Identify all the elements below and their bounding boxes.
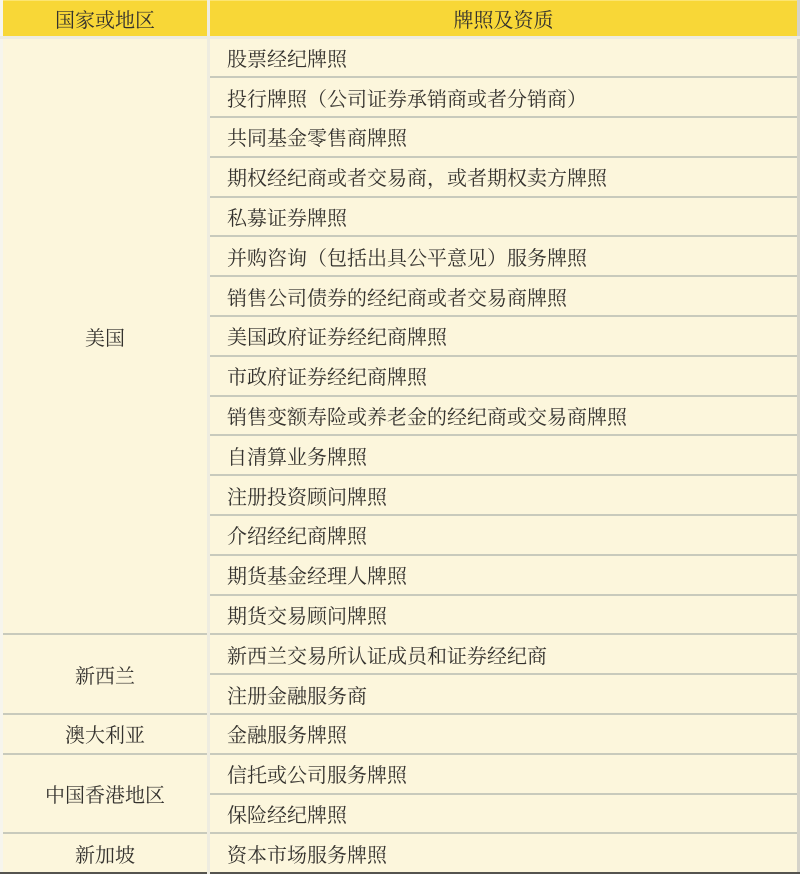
license-cell: 新西兰交易所认证成员和证券经纪商	[209, 634, 799, 674]
license-cell: 股票经纪牌照	[209, 38, 799, 78]
license-cell: 注册金融服务商	[209, 674, 799, 714]
region-cell: 新加坡	[2, 833, 209, 873]
license-cell: 保险经纪牌照	[209, 794, 799, 834]
header-cell-region: 国家或地区	[2, 1, 209, 38]
page: 国家或地区 牌照及资质 美国股票经纪牌照投行牌照（公司证券承销商或者分销商）共同…	[0, 0, 800, 874]
header-cell-licenses: 牌照及资质	[209, 1, 799, 38]
license-cell: 介绍经纪商牌照	[209, 515, 799, 555]
region-cell: 美国	[2, 38, 209, 635]
license-cell: 并购咨询（包括出具公平意见）服务牌照	[209, 236, 799, 276]
table-body: 美国股票经纪牌照投行牌照（公司证券承销商或者分销商）共同基金零售商牌照期权经纪商…	[2, 38, 799, 874]
license-cell: 期权经纪商或者交易商，或者期权卖方牌照	[209, 157, 799, 197]
license-cell: 销售公司债券的经纪商或者交易商牌照	[209, 276, 799, 316]
table-row: 美国股票经纪牌照	[2, 38, 799, 78]
region-cell: 澳大利亚	[2, 714, 209, 754]
license-cell: 投行牌照（公司证券承销商或者分销商）	[209, 77, 799, 117]
table-row: 澳大利亚金融服务牌照	[2, 714, 799, 754]
license-cell: 美国政府证券经纪商牌照	[209, 316, 799, 356]
licenses-table: 国家或地区 牌照及资质 美国股票经纪牌照投行牌照（公司证券承销商或者分销商）共同…	[0, 0, 800, 874]
license-cell: 自清算业务牌照	[209, 435, 799, 475]
license-cell: 资本市场服务牌照	[209, 833, 799, 873]
region-cell: 新西兰	[2, 634, 209, 714]
table-row: 新加坡资本市场服务牌照	[2, 833, 799, 873]
region-cell: 中国香港地区	[2, 754, 209, 834]
license-cell: 期货基金经理人牌照	[209, 555, 799, 595]
table-row: 中国香港地区信托或公司服务牌照	[2, 754, 799, 794]
header-row: 国家或地区 牌照及资质	[2, 1, 799, 38]
license-cell: 销售变额寿险或养老金的经纪商或交易商牌照	[209, 396, 799, 436]
license-cell: 金融服务牌照	[209, 714, 799, 754]
table-header: 国家或地区 牌照及资质	[2, 1, 799, 38]
license-cell: 注册投资顾问牌照	[209, 475, 799, 515]
license-cell: 共同基金零售商牌照	[209, 117, 799, 157]
license-cell: 市政府证券经纪商牌照	[209, 356, 799, 396]
license-cell: 私募证券牌照	[209, 197, 799, 237]
license-cell: 信托或公司服务牌照	[209, 754, 799, 794]
license-cell: 期货交易顾问牌照	[209, 595, 799, 635]
table-row: 新西兰新西兰交易所认证成员和证券经纪商	[2, 634, 799, 674]
